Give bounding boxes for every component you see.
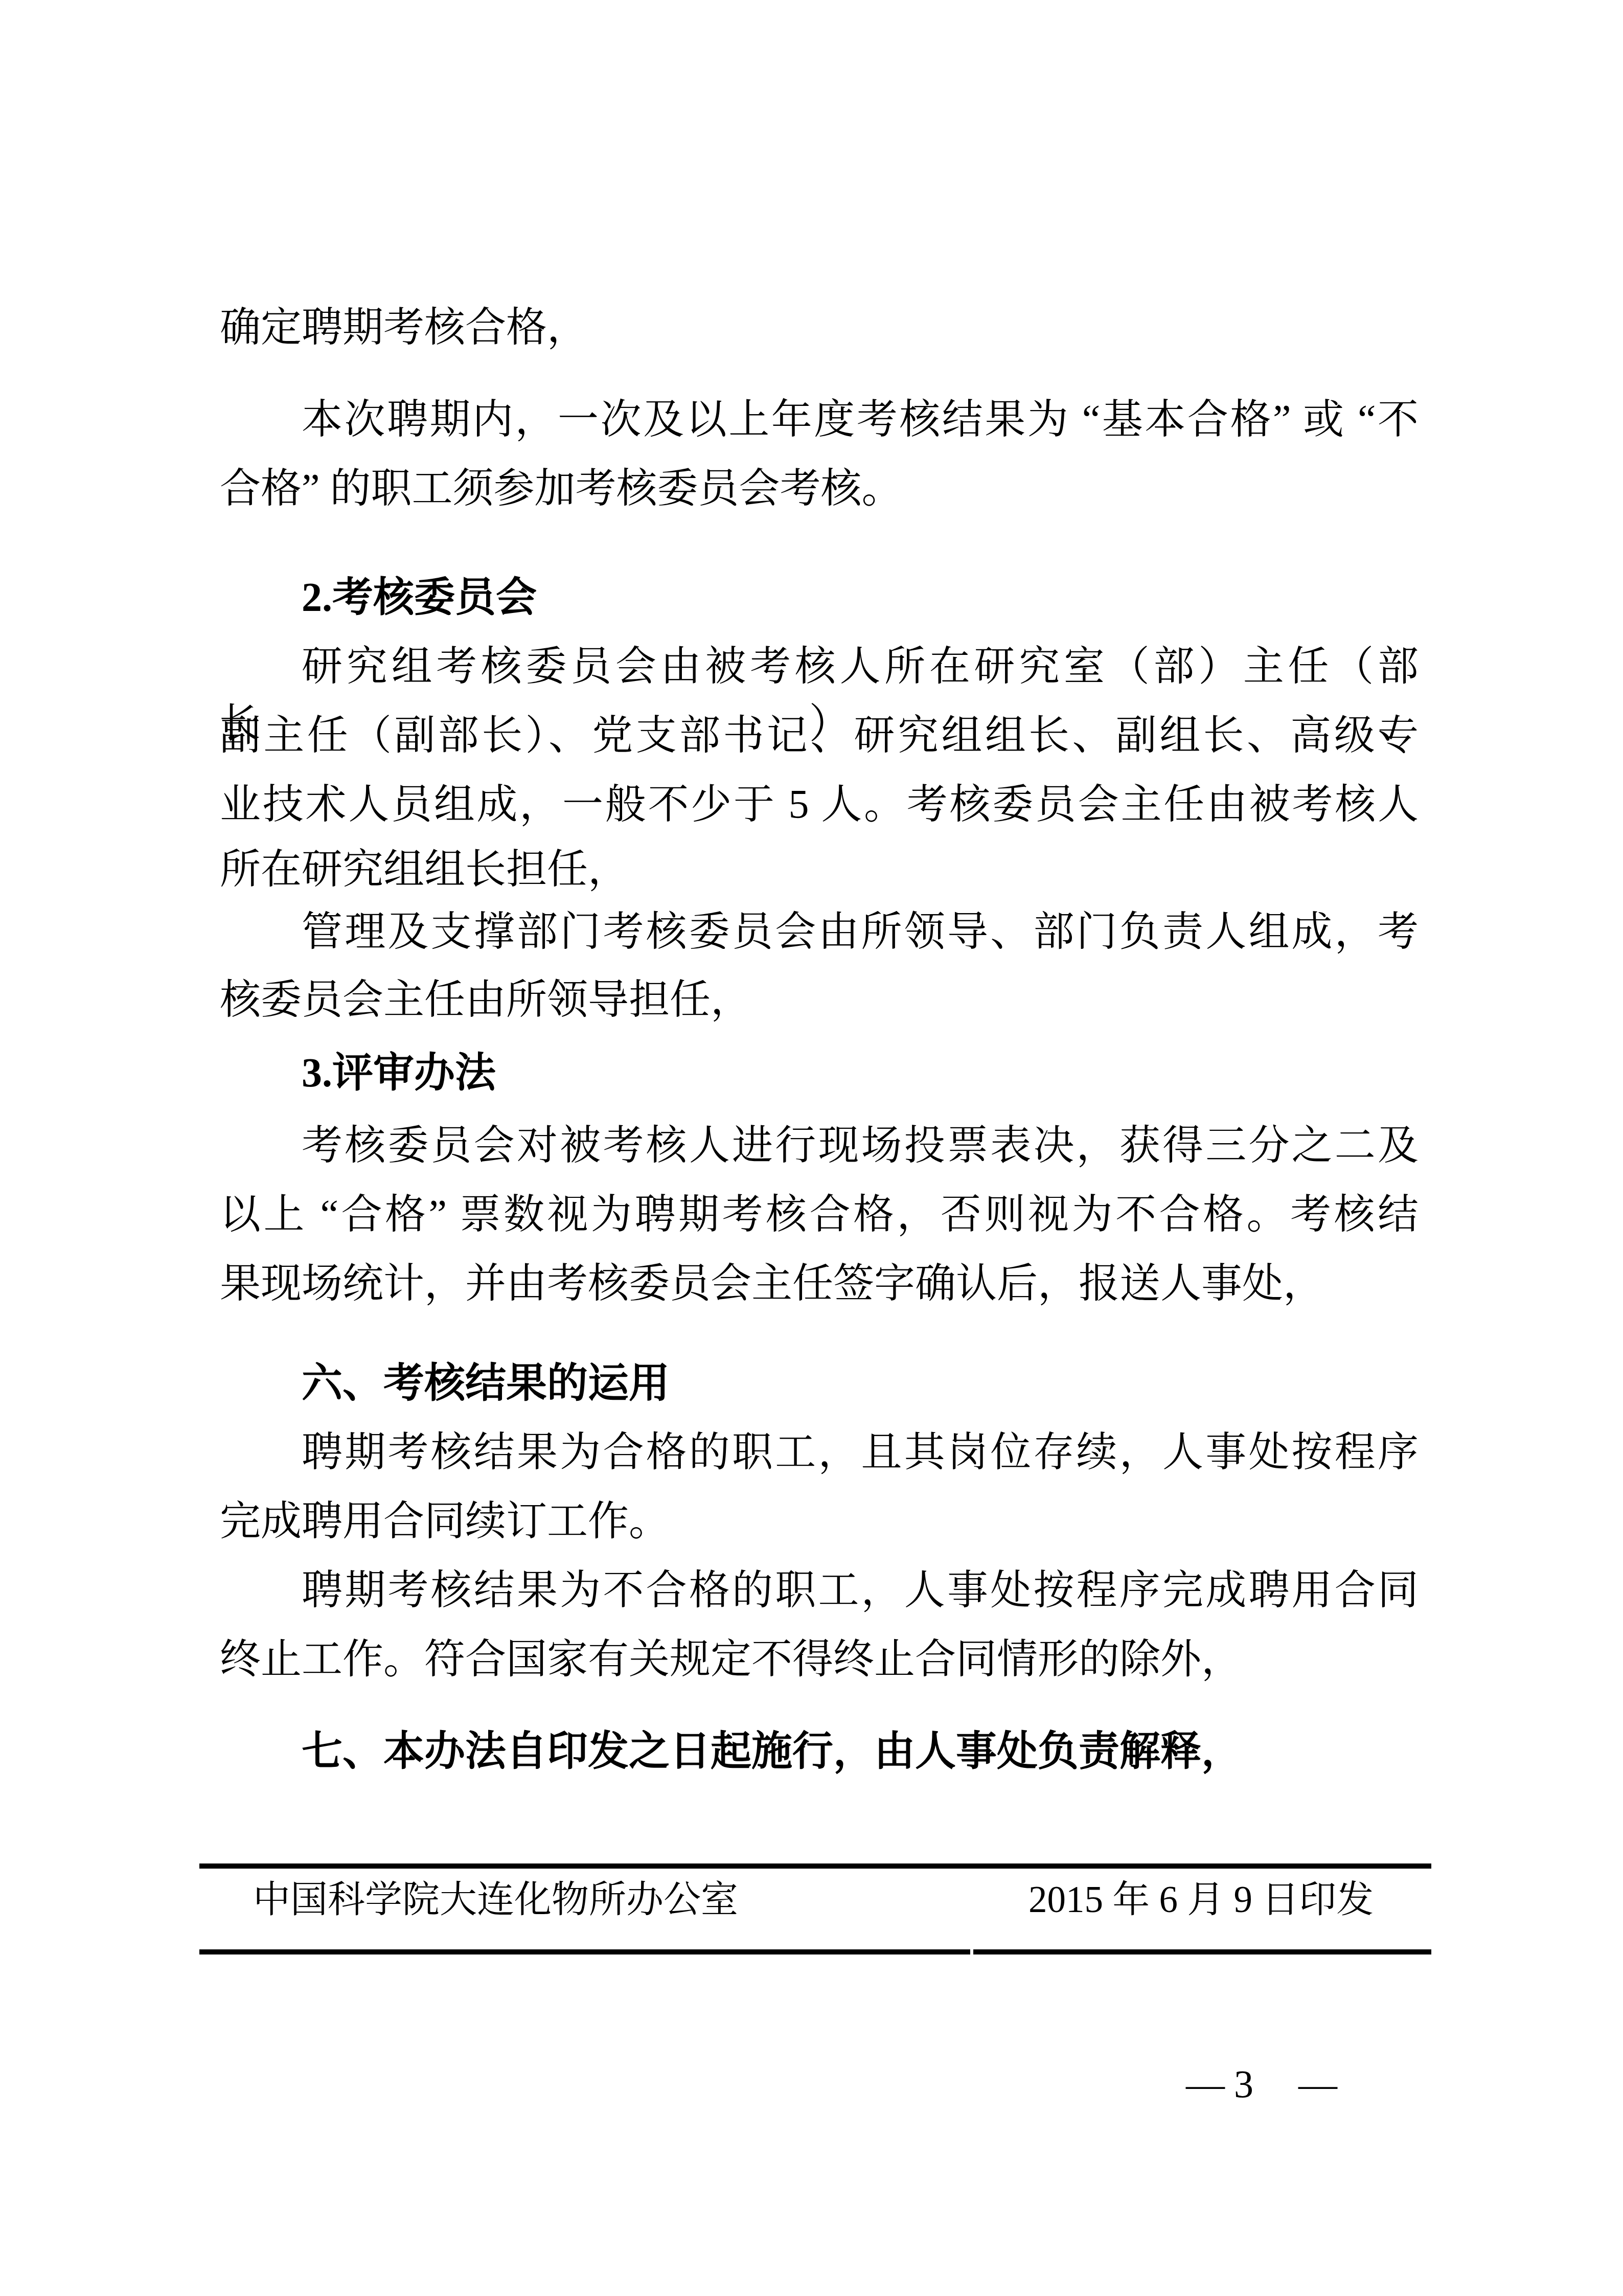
footer-issuing-office: 中国科学院大连化物所办公室 xyxy=(253,1875,738,1924)
heading-2-assessment-committee: 2.考核委员会 xyxy=(220,569,1419,626)
heading-3-review-method: 3.评审办法 xyxy=(220,1044,1419,1102)
page-number-value: 3 xyxy=(1234,2063,1253,2106)
page-number-right-dash: — xyxy=(1298,2063,1337,2106)
footer-rule-top xyxy=(199,1863,1431,1869)
body-line-18: 聘期考核结果为不合格的职工，人事处按程序完成聘用合同 xyxy=(220,1562,1419,1619)
body-line-1: 确定聘期考核合格， xyxy=(220,299,1419,356)
body-line-10: 核委员会主任由所领导担任， xyxy=(220,971,1419,1029)
body-line-19: 终止工作。符合国家有关规定不得终止合同情形的除外， xyxy=(220,1631,1419,1688)
document-page: 确定聘期考核合格， 本次聘期内，一次及以上年度考核结果为 “基本合格” 或 “不… xyxy=(0,0,1623,2296)
body-line-3: 合格” 的职工须参加考核委员会考核。 xyxy=(220,460,1419,517)
heading-7-effective-date: 七、本办法自印发之日起施行，由人事处负责解释， xyxy=(220,1723,1419,1780)
footer-rule-bottom-right xyxy=(973,1949,1431,1954)
heading-6-use-of-results: 六、考核结果的运用 xyxy=(220,1355,1419,1412)
body-line-12: 考核委员会对被考核人进行现场投票表决，获得三分之二及 xyxy=(220,1117,1419,1174)
body-line-7: 业技术人员组成，一般不少于 5 人。考核委员会主任由被考核人 xyxy=(220,776,1419,833)
body-line-9: 管理及支撑部门考核委员会由所领导、部门负责人组成，考 xyxy=(220,903,1419,961)
body-line-17: 完成聘用合同续订工作。 xyxy=(220,1493,1419,1550)
body-line-6: 副主任（副部长）、党支部书记、研究组组长、副组长、高级专 xyxy=(220,707,1419,764)
body-line-14: 果现场统计，并由考核委员会主任签字确认后，报送人事处， xyxy=(220,1255,1419,1312)
footer-rule-bottom-left xyxy=(199,1949,970,1954)
body-line-13: 以上 “合格” 票数视为聘期考核合格，否则视为不合格。考核结 xyxy=(220,1186,1419,1243)
page-number: —3— xyxy=(1186,2061,1337,2107)
page-number-left-dash: — xyxy=(1186,2063,1225,2106)
footer-print-date: 2015 年 6 月 9 日印发 xyxy=(1028,1875,1374,1924)
body-line-2: 本次聘期内，一次及以上年度考核结果为 “基本合格” 或 “不 xyxy=(220,391,1419,448)
body-line-16: 聘期考核结果为合格的职工，且其岗位存续，人事处按程序 xyxy=(220,1424,1419,1481)
body-line-8: 所在研究组组长担任， xyxy=(220,841,1419,898)
